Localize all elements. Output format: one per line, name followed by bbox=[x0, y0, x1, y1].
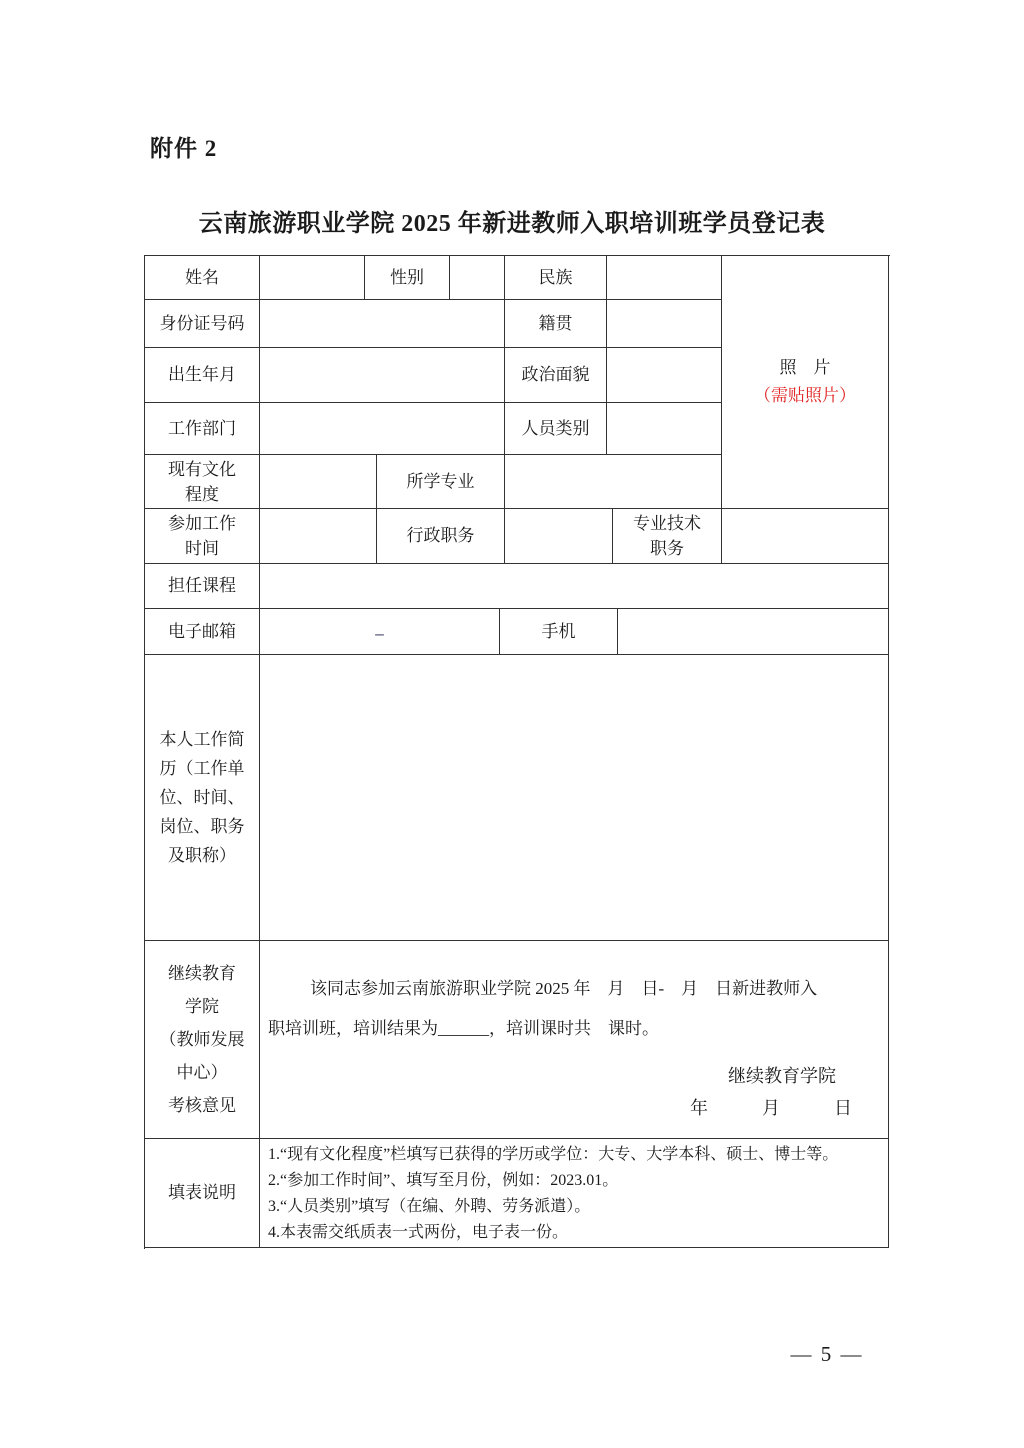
name-input-cell[interactable] bbox=[260, 256, 365, 300]
assessment-label: 继续教育 学院 （教师发展 中心） 考核意见 bbox=[145, 941, 260, 1139]
department-label: 工作部门 bbox=[145, 403, 260, 455]
photo-title: 照 片 bbox=[780, 354, 831, 382]
email-input-cell[interactable]: _ bbox=[260, 609, 500, 655]
ethnicity-label: 民族 bbox=[505, 256, 607, 300]
registration-table: 姓名 性别 民族 照 片 （需贴照片） 身份证号码 籍贯 出生年月 政治面貌 工… bbox=[144, 255, 890, 1249]
personnel-type-label: 人员类别 bbox=[505, 403, 607, 455]
photo-cell[interactable]: 照 片 （需贴照片） bbox=[722, 256, 889, 509]
assessment-body-line2: 职培训班，培训结果为______，培训课时共 课时。 bbox=[260, 1009, 888, 1049]
ethnicity-input-cell[interactable] bbox=[607, 256, 722, 300]
admin-post-input-cell[interactable] bbox=[505, 509, 613, 564]
notes-list: 1.“现有文化程度”栏填写已获得的学历或学位：大专、大学本科、硕士、博士等。 2… bbox=[260, 1139, 889, 1248]
assessment-body-line1: 该同志参加云南旅游职业学院 2025 年 月 日- 月 日新进教师入 bbox=[260, 969, 888, 1009]
note-item: 1.“现有文化程度”栏填写已获得的学历或学位：大专、大学本科、硕士、博士等。 bbox=[268, 1142, 882, 1168]
name-label: 姓名 bbox=[145, 256, 260, 300]
notes-label: 填表说明 bbox=[145, 1139, 260, 1248]
work-history-input-cell[interactable] bbox=[260, 655, 889, 941]
major-input-cell[interactable] bbox=[505, 455, 722, 509]
personnel-type-input-cell[interactable] bbox=[607, 403, 722, 455]
tech-post-input-cell[interactable] bbox=[722, 509, 889, 564]
document-page: 附件 2 云南旅游职业学院 2025 年新进教师入职培训班学员登记表 姓名 性别… bbox=[0, 0, 1024, 1448]
admin-post-label: 行政职务 bbox=[377, 509, 505, 564]
phone-label: 手机 bbox=[500, 609, 618, 655]
work-start-label: 参加工作 时间 bbox=[145, 509, 260, 564]
photo-note: （需贴照片） bbox=[754, 382, 856, 410]
gender-input-cell[interactable] bbox=[450, 256, 505, 300]
tech-post-label: 专业技术 职务 bbox=[613, 509, 722, 564]
native-place-label: 籍贯 bbox=[505, 300, 607, 348]
note-item: 4.本表需交纸质表一式两份，电子表一份。 bbox=[268, 1220, 882, 1246]
id-number-input-cell[interactable] bbox=[260, 300, 505, 348]
page-number: — 5 — bbox=[762, 1342, 892, 1367]
gender-label: 性别 bbox=[365, 256, 450, 300]
birth-date-label: 出生年月 bbox=[145, 348, 260, 403]
attachment-label: 附件 2 bbox=[150, 130, 217, 163]
page-title: 云南旅游职业学院 2025 年新进教师入职培训班学员登记表 bbox=[0, 203, 1024, 238]
email-underscore: _ bbox=[375, 615, 384, 641]
political-status-label: 政治面貌 bbox=[505, 348, 607, 403]
note-item: 2.“参加工作时间”、填写至月份，例如：2023.01。 bbox=[268, 1168, 882, 1194]
courses-input-cell[interactable] bbox=[260, 564, 889, 609]
work-history-label: 本人工作简 历（工作单 位、时间、 岗位、职务 及职称） bbox=[145, 655, 260, 941]
political-status-input-cell[interactable] bbox=[607, 348, 722, 403]
assessment-date: 年 月 日 bbox=[260, 1095, 888, 1121]
education-input-cell[interactable] bbox=[260, 455, 377, 509]
education-label: 现有文化 程度 bbox=[145, 455, 260, 509]
phone-input-cell[interactable] bbox=[618, 609, 889, 655]
note-item: 3.“人员类别”填写（在编、外聘、劳务派遣）。 bbox=[268, 1194, 882, 1220]
work-start-input-cell[interactable] bbox=[260, 509, 377, 564]
department-input-cell[interactable] bbox=[260, 403, 505, 455]
assessment-signature: 继续教育学院 bbox=[260, 1063, 888, 1089]
courses-label: 担任课程 bbox=[145, 564, 260, 609]
id-number-label: 身份证号码 bbox=[145, 300, 260, 348]
native-place-input-cell[interactable] bbox=[607, 300, 722, 348]
email-label: 电子邮箱 bbox=[145, 609, 260, 655]
birth-date-input-cell[interactable] bbox=[260, 348, 505, 403]
assessment-content[interactable]: 该同志参加云南旅游职业学院 2025 年 月 日- 月 日新进教师入 职培训班，… bbox=[260, 941, 889, 1139]
major-label: 所学专业 bbox=[377, 455, 505, 509]
